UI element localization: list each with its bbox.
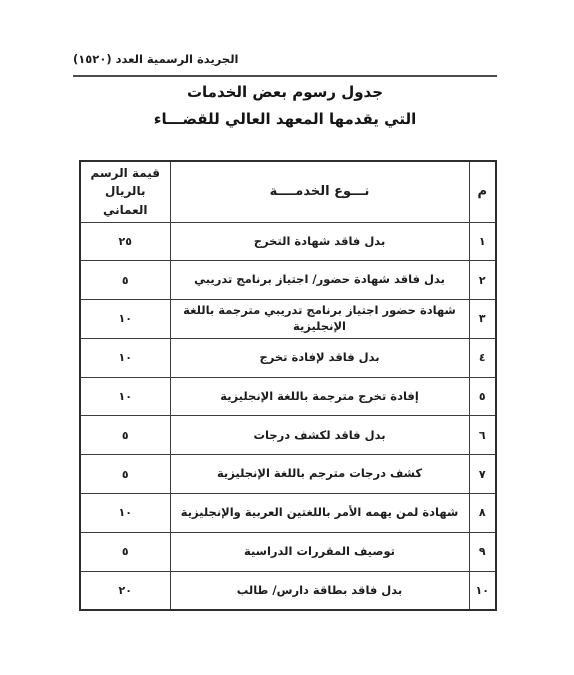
table-row: ٧ كشف درجات مترجم باللغة الإنجليزية ٥: [80, 455, 496, 494]
col-header-fee-line1: قيمة الرسم: [85, 164, 166, 183]
table-row: ١ بدل فاقد شهادة التخرج ٢٥: [80, 222, 496, 261]
fee-cell: ٥: [80, 416, 170, 455]
document-title-line1: جدول رسوم بعض الخدمات: [73, 83, 497, 101]
service-cell: توصيف المقررات الدراسية: [170, 532, 469, 571]
service-cell: بدل فاقد شهادة التخرج: [170, 222, 469, 261]
table-header-row: م نـــوع الخدمــــة قيمة الرسم بالريال ا…: [80, 161, 496, 222]
table-row: ٦ بدل فاقد لكشف درجات ٥: [80, 416, 496, 455]
table-row: ٩ توصيف المقررات الدراسية ٥: [80, 532, 496, 571]
serial-cell: ٦: [469, 416, 496, 455]
col-header-serial: م: [469, 161, 496, 222]
service-cell: شهادة حضور اجتياز برنامج تدريبي مترجمة ب…: [170, 300, 469, 339]
table-row: ٨ شهادة لمن يهمه الأمر باللغتين العربية …: [80, 494, 496, 533]
document-title-line2: التي يقدمها المعهد العالي للقضـــاء: [73, 110, 497, 128]
col-header-fee-line2: بالريال العماني: [85, 182, 166, 219]
service-cell: بدل فاقد لكشف درجات: [170, 416, 469, 455]
service-cell: شهادة لمن يهمه الأمر باللغتين العربية وا…: [170, 494, 469, 533]
fee-cell: ٥: [80, 455, 170, 494]
fees-table: م نـــوع الخدمــــة قيمة الرسم بالريال ا…: [79, 160, 497, 611]
table-row: ١٠ بدل فاقد بطاقة دارس/ طالب ٢٠: [80, 571, 496, 610]
serial-cell: ٨: [469, 494, 496, 533]
serial-cell: ٧: [469, 455, 496, 494]
service-cell: إفادة تخرج مترجمة باللغة الإنجليزية: [170, 377, 469, 416]
table-row: ٢ بدل فاقد شهادة حضور/ اجتياز برنامج تدر…: [80, 261, 496, 300]
table-row: ٥ إفادة تخرج مترجمة باللغة الإنجليزية ١٠: [80, 377, 496, 416]
fee-cell: ١٠: [80, 338, 170, 377]
fee-cell: ١٠: [80, 377, 170, 416]
table-row: ٤ بدل فاقد لإفادة تخرج ١٠: [80, 338, 496, 377]
table-row: ٣ شهادة حضور اجتياز برنامج تدريبي مترجمة…: [80, 300, 496, 339]
fee-cell: ٢٥: [80, 222, 170, 261]
fee-cell: ٥: [80, 261, 170, 300]
serial-cell: ٩: [469, 532, 496, 571]
col-header-fee: قيمة الرسم بالريال العماني: [80, 161, 170, 222]
serial-cell: ٢: [469, 261, 496, 300]
service-cell: كشف درجات مترجم باللغة الإنجليزية: [170, 455, 469, 494]
fee-cell: ٥: [80, 532, 170, 571]
fees-table-body: ١ بدل فاقد شهادة التخرج ٢٥ ٢ بدل فاقد شه…: [80, 222, 496, 610]
serial-cell: ١: [469, 222, 496, 261]
service-cell: بدل فاقد لإفادة تخرج: [170, 338, 469, 377]
serial-cell: ٣: [469, 300, 496, 339]
serial-cell: ١٠: [469, 571, 496, 610]
service-cell: بدل فاقد بطاقة دارس/ طالب: [170, 571, 469, 610]
header-rule: [73, 75, 497, 77]
gazette-issue-header: الجريدة الرسمية العدد (١٥٢٠): [73, 52, 238, 66]
fee-cell: ٢٠: [80, 571, 170, 610]
fee-cell: ١٠: [80, 494, 170, 533]
document-page: الجريدة الرسمية العدد (١٥٢٠) جدول رسوم ب…: [0, 0, 574, 675]
fee-cell: ١٠: [80, 300, 170, 339]
col-header-service: نـــوع الخدمــــة: [170, 161, 469, 222]
serial-cell: ٥: [469, 377, 496, 416]
serial-cell: ٤: [469, 338, 496, 377]
service-cell: بدل فاقد شهادة حضور/ اجتياز برنامج تدريب…: [170, 261, 469, 300]
